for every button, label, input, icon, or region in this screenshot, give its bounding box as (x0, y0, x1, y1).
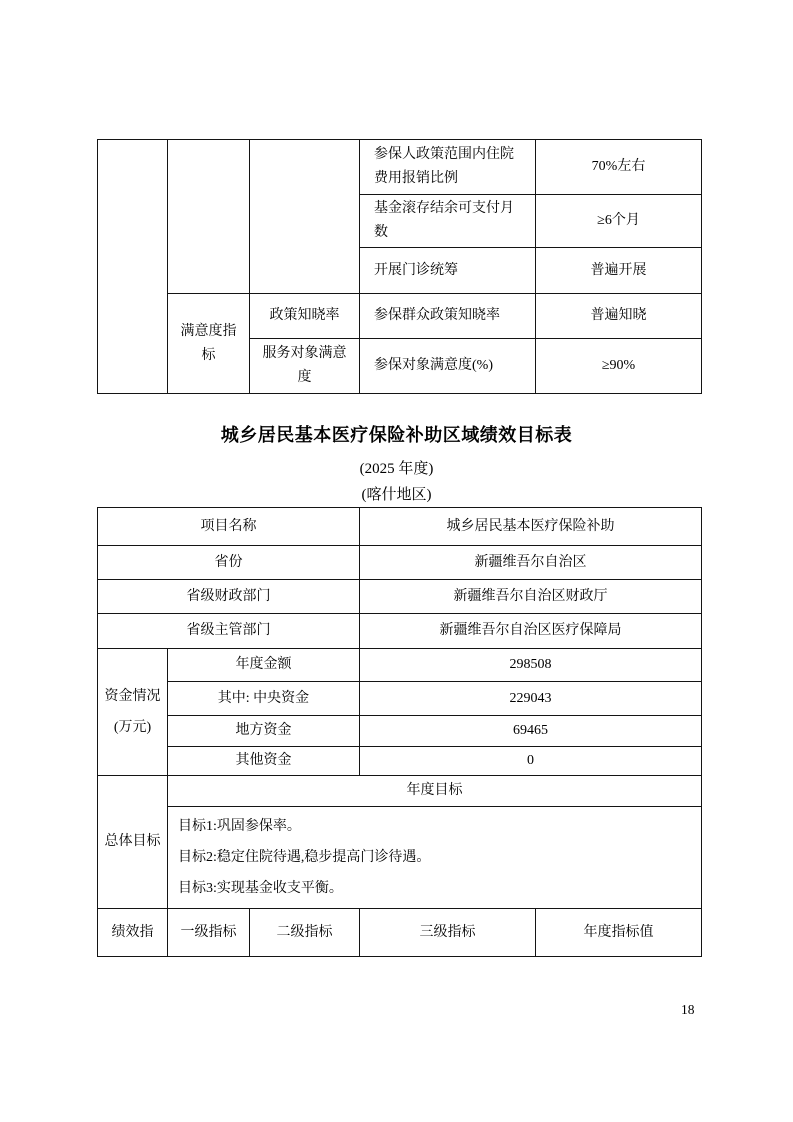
province-value: 新疆维吾尔自治区 (360, 546, 702, 580)
satisfaction-group-cell: 满意度指标 (168, 294, 250, 394)
goal-1: 目标1:巩固参保率。 (178, 811, 691, 842)
project-name-label: 项目名称 (98, 508, 360, 546)
indicator-outpatient-pooling: 开展门诊统筹 (360, 248, 536, 294)
supervisor-dept-label: 省级主管部门 (98, 614, 360, 649)
overall-goal-group-cell: 总体目标 (98, 776, 168, 909)
annual-amount-value: 298508 (360, 649, 702, 682)
value-hospital-reimbursement: 70%左右 (536, 140, 702, 195)
level1-header: 一级指标 (168, 909, 250, 957)
level1-empty-cell (168, 140, 250, 294)
indicator-hospital-reimbursement: 参保人政策范围内住院费用报销比例 (360, 140, 536, 195)
annual-value-header: 年度指标值 (536, 909, 702, 957)
finance-dept-value: 新疆维吾尔自治区财政厅 (360, 580, 702, 614)
indicator-fund-balance-months: 基金滚存结余可支付月数 (360, 195, 536, 248)
goal-2: 目标2:稳定住院待遇,稳步提高门诊待遇。 (178, 842, 691, 873)
funding-group-cell: 资金情况(万元) (98, 649, 168, 776)
annual-goals-cell: 目标1:巩固参保率。 目标2:稳定住院待遇,稳步提高门诊待遇。 目标3:实现基金… (168, 807, 702, 909)
annual-goal-header: 年度目标 (168, 776, 702, 807)
level2-empty-cell (250, 140, 360, 294)
level3-header: 三级指标 (360, 909, 536, 957)
central-fund-label: 其中: 中央资金 (168, 682, 360, 716)
indicator-insured-satisfaction: 参保对象满意度(%) (360, 339, 536, 394)
local-fund-label: 地方资金 (168, 716, 360, 747)
province-label: 省份 (98, 546, 360, 580)
annual-amount-label: 年度金额 (168, 649, 360, 682)
value-outpatient-pooling: 普遍开展 (536, 248, 702, 294)
title-block: 城乡居民基本医疗保险补助区域绩效目标表 (2025 年度) (喀什地区) (0, 422, 793, 506)
document-subtitle-year: (2025 年度) (0, 459, 793, 480)
indicator-group-empty-cell (98, 140, 168, 394)
value-policy-awareness: 普遍知晓 (536, 294, 702, 339)
document-subtitle-region: (喀什地区) (0, 485, 793, 506)
document-title: 城乡居民基本医疗保险补助区域绩效目标表 (0, 422, 793, 448)
goal-3: 目标3:实现基金收支平衡。 (178, 873, 691, 904)
local-fund-value: 69465 (360, 716, 702, 747)
supervisor-dept-value: 新疆维吾尔自治区医疗保障局 (360, 614, 702, 649)
project-name-value: 城乡居民基本医疗保险补助 (360, 508, 702, 546)
indicator-policy-awareness: 参保群众政策知晓率 (360, 294, 536, 339)
continued-indicator-table: 参保人政策范围内住院费用报销比例 70%左右 基金滚存结余可支付月数 ≥6个月 … (97, 139, 702, 394)
level2-service-satisfaction: 服务对象满意度 (250, 339, 360, 394)
other-fund-value: 0 (360, 747, 702, 776)
document-page: 参保人政策范围内住院费用报销比例 70%左右 基金滚存结余可支付月数 ≥6个月 … (0, 0, 793, 1122)
central-fund-value: 229043 (360, 682, 702, 716)
finance-dept-label: 省级财政部门 (98, 580, 360, 614)
value-fund-balance-months: ≥6个月 (536, 195, 702, 248)
other-fund-label: 其他资金 (168, 747, 360, 776)
page-number: 18 (681, 1002, 695, 1018)
regional-target-table: 项目名称 城乡居民基本医疗保险补助 省份 新疆维吾尔自治区 省级财政部门 新疆维… (97, 507, 702, 957)
level2-policy-awareness: 政策知晓率 (250, 294, 360, 339)
value-insured-satisfaction: ≥90% (536, 339, 702, 394)
level2-header: 二级指标 (250, 909, 360, 957)
indicator-group-header: 绩效指 (98, 909, 168, 957)
